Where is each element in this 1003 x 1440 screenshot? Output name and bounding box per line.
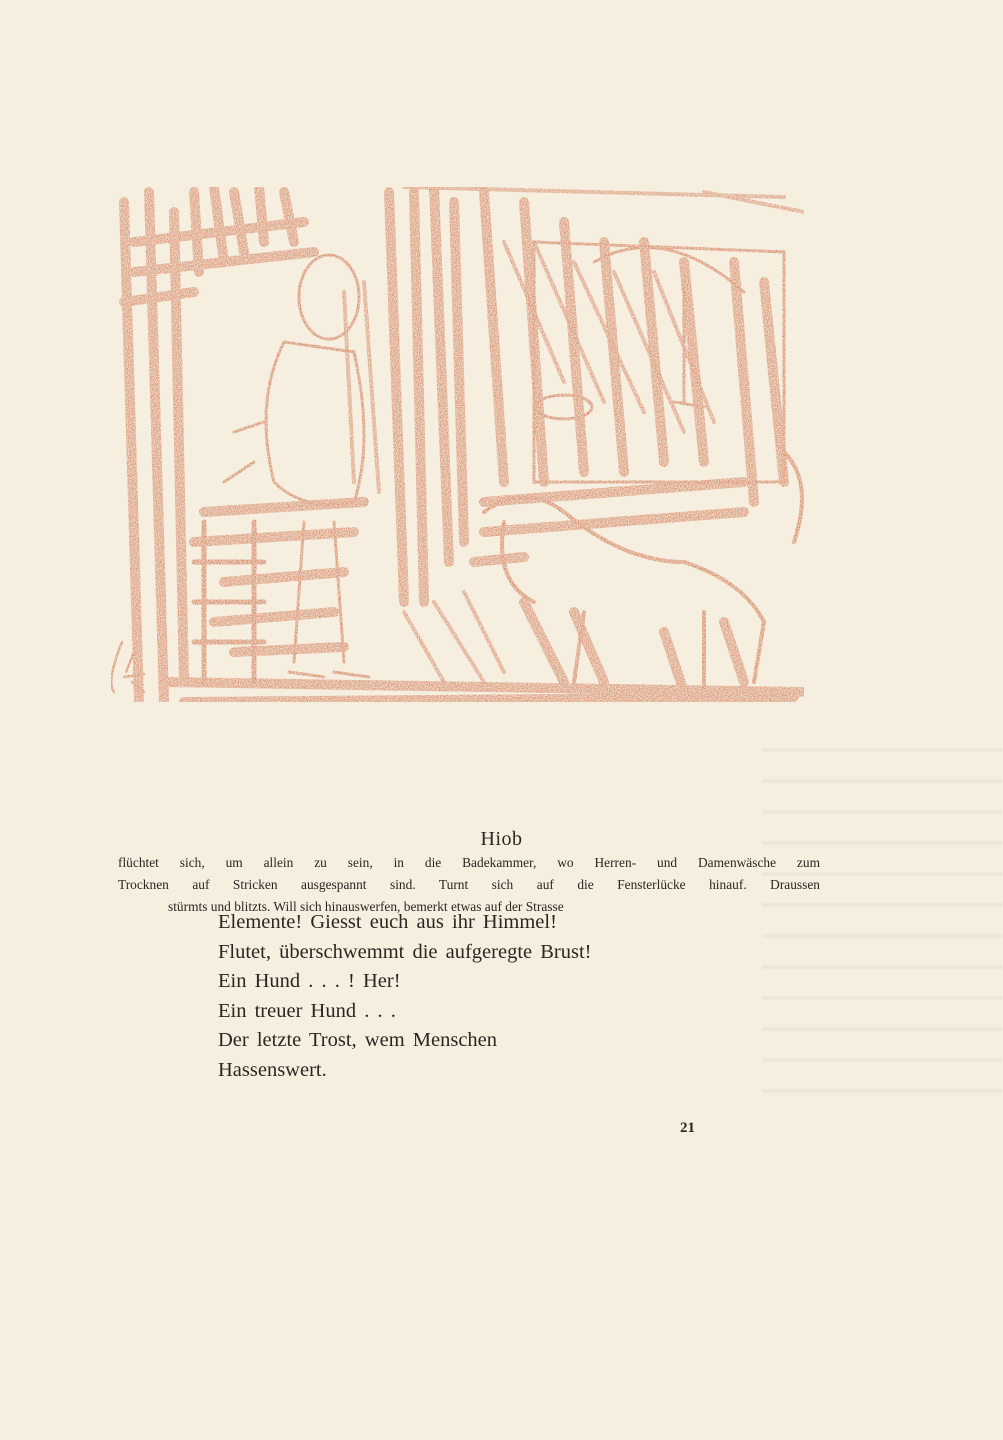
lithograph-illustration (104, 182, 818, 710)
verse-line: Der letzte Trost, wem Menschen (218, 1026, 592, 1056)
verse-line: Ein Hund . . . ! Her! (218, 967, 592, 997)
illustration-drawing (104, 182, 818, 710)
stage-direction-line: flüchtet sich, um allein zu sein, in die… (118, 852, 820, 874)
verse-block: Elemente! Giesst euch aus ihr Himmel! Fl… (218, 908, 592, 1086)
verse-line: Hassenswert. (218, 1056, 592, 1086)
book-page: Hiob flüchtet sich, um allein zu sein, i… (0, 0, 1003, 1440)
verse-line: Flutet, überschwemmt die aufgeregte Brus… (218, 938, 592, 968)
page-number: 21 (680, 1120, 695, 1137)
stage-direction-line: Trocknen auf Stricken ausgespannt sind. … (118, 874, 820, 896)
show-through-text (762, 730, 1002, 1110)
verse-line: Ein treuer Hund . . . (218, 997, 592, 1027)
section-title: Hiob (0, 828, 1003, 851)
verse-line: Elemente! Giesst euch aus ihr Himmel! (218, 908, 592, 938)
